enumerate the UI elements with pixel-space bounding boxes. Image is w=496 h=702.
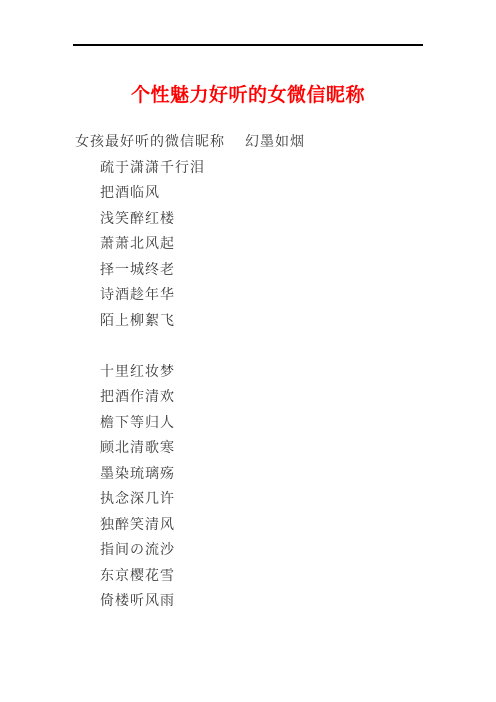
header-divider — [73, 44, 423, 46]
list-item: 顾北清歌寒 — [75, 436, 475, 462]
list-item: 执念深几许 — [75, 487, 475, 513]
list-item: 檐下等归人 — [75, 411, 475, 437]
list-item: 诗酒趁年华 — [75, 283, 475, 309]
document-page: 个性魅力好听的女微信昵称 女孩最好听的微信昵称幻墨如烟 疏于潇潇千行泪 把酒临风… — [0, 0, 496, 702]
list-intro-line: 女孩最好听的微信昵称幻墨如烟 — [75, 130, 475, 156]
list-item: 把酒临风 — [75, 181, 475, 207]
list-item: 倚楼听风雨 — [75, 589, 475, 615]
blank-line — [75, 334, 475, 360]
nickname-list: 女孩最好听的微信昵称幻墨如烟 疏于潇潇千行泪 把酒临风 浅笑醉红楼 萧萧北风起 … — [75, 130, 475, 615]
list-item: 十里红妆梦 — [75, 360, 475, 386]
intro-value: 幻墨如烟 — [245, 130, 305, 156]
list-item: 择一城终老 — [75, 258, 475, 284]
list-item: 浅笑醉红楼 — [75, 207, 475, 233]
list-item: 疏于潇潇千行泪 — [75, 156, 475, 182]
list-item: 独醉笑清风 — [75, 513, 475, 539]
list-item: 陌上柳絮飞 — [75, 309, 475, 335]
intro-label: 女孩最好听的微信昵称 — [75, 135, 225, 150]
list-item: 萧萧北风起 — [75, 232, 475, 258]
list-item: 指间の流沙 — [75, 538, 475, 564]
page-title: 个性魅力好听的女微信昵称 — [0, 83, 496, 109]
list-item: 把酒作清欢 — [75, 385, 475, 411]
list-item: 墨染琉璃殇 — [75, 462, 475, 488]
list-item: 东京樱花雪 — [75, 564, 475, 590]
